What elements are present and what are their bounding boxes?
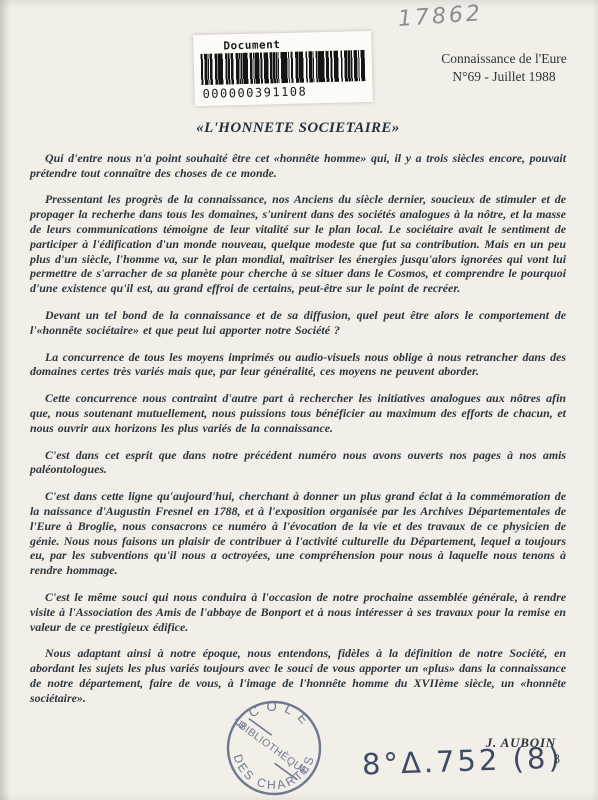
article-title: «L'HONNETE SOCIETAIRE» bbox=[30, 121, 566, 136]
library-round-stamp: ÉCOLE DES CHARTES BIBLIOTHÈQUE bbox=[224, 698, 324, 798]
page-number: 3 bbox=[554, 751, 561, 767]
barcode-number: 000000391108 bbox=[202, 83, 372, 101]
article-paragraph: Nous adaptant ainsi à notre époque, nous… bbox=[30, 646, 566, 705]
barcode-sticker: Document 000000391108 bbox=[193, 31, 373, 106]
scanned-document-page: 17862 Document 000000391108 Connaissance… bbox=[0, 0, 598, 800]
handwritten-accession-number: 17862 bbox=[397, 1, 484, 32]
article-paragraph: C'est dans cet esprit que dans notre pré… bbox=[30, 448, 566, 478]
journal-title: Connaissance de l'Eure bbox=[426, 50, 582, 68]
article-paragraph: Devant un tel bond de la connaissance et… bbox=[30, 308, 566, 338]
article-body: «L'HONNETE SOCIETAIRE» Qui d'entre nous … bbox=[30, 121, 566, 718]
journal-issue: N°69 - Juillet 1988 bbox=[426, 68, 582, 86]
article-paragraph: C'est dans cette ligne qu'aujourd'hui, c… bbox=[30, 489, 566, 578]
barcode-image bbox=[201, 50, 366, 85]
article-paragraph: Cette concurrence nous contraint d'autre… bbox=[30, 391, 566, 435]
journal-header: Connaissance de l'Eure N°69 - Juillet 19… bbox=[426, 50, 582, 86]
article-paragraph: La concurrence de tous les moyens imprim… bbox=[30, 350, 566, 380]
article-paragraph: Qui d'entre nous n'a point souhaité être… bbox=[30, 151, 566, 181]
article-paragraph: Pressentant les progrès de la connaissan… bbox=[30, 192, 566, 296]
article-paragraph: C'est le même souci qui nous conduira à … bbox=[30, 590, 566, 634]
handwritten-classmark: 8°Δ.752 (8) bbox=[361, 741, 563, 782]
